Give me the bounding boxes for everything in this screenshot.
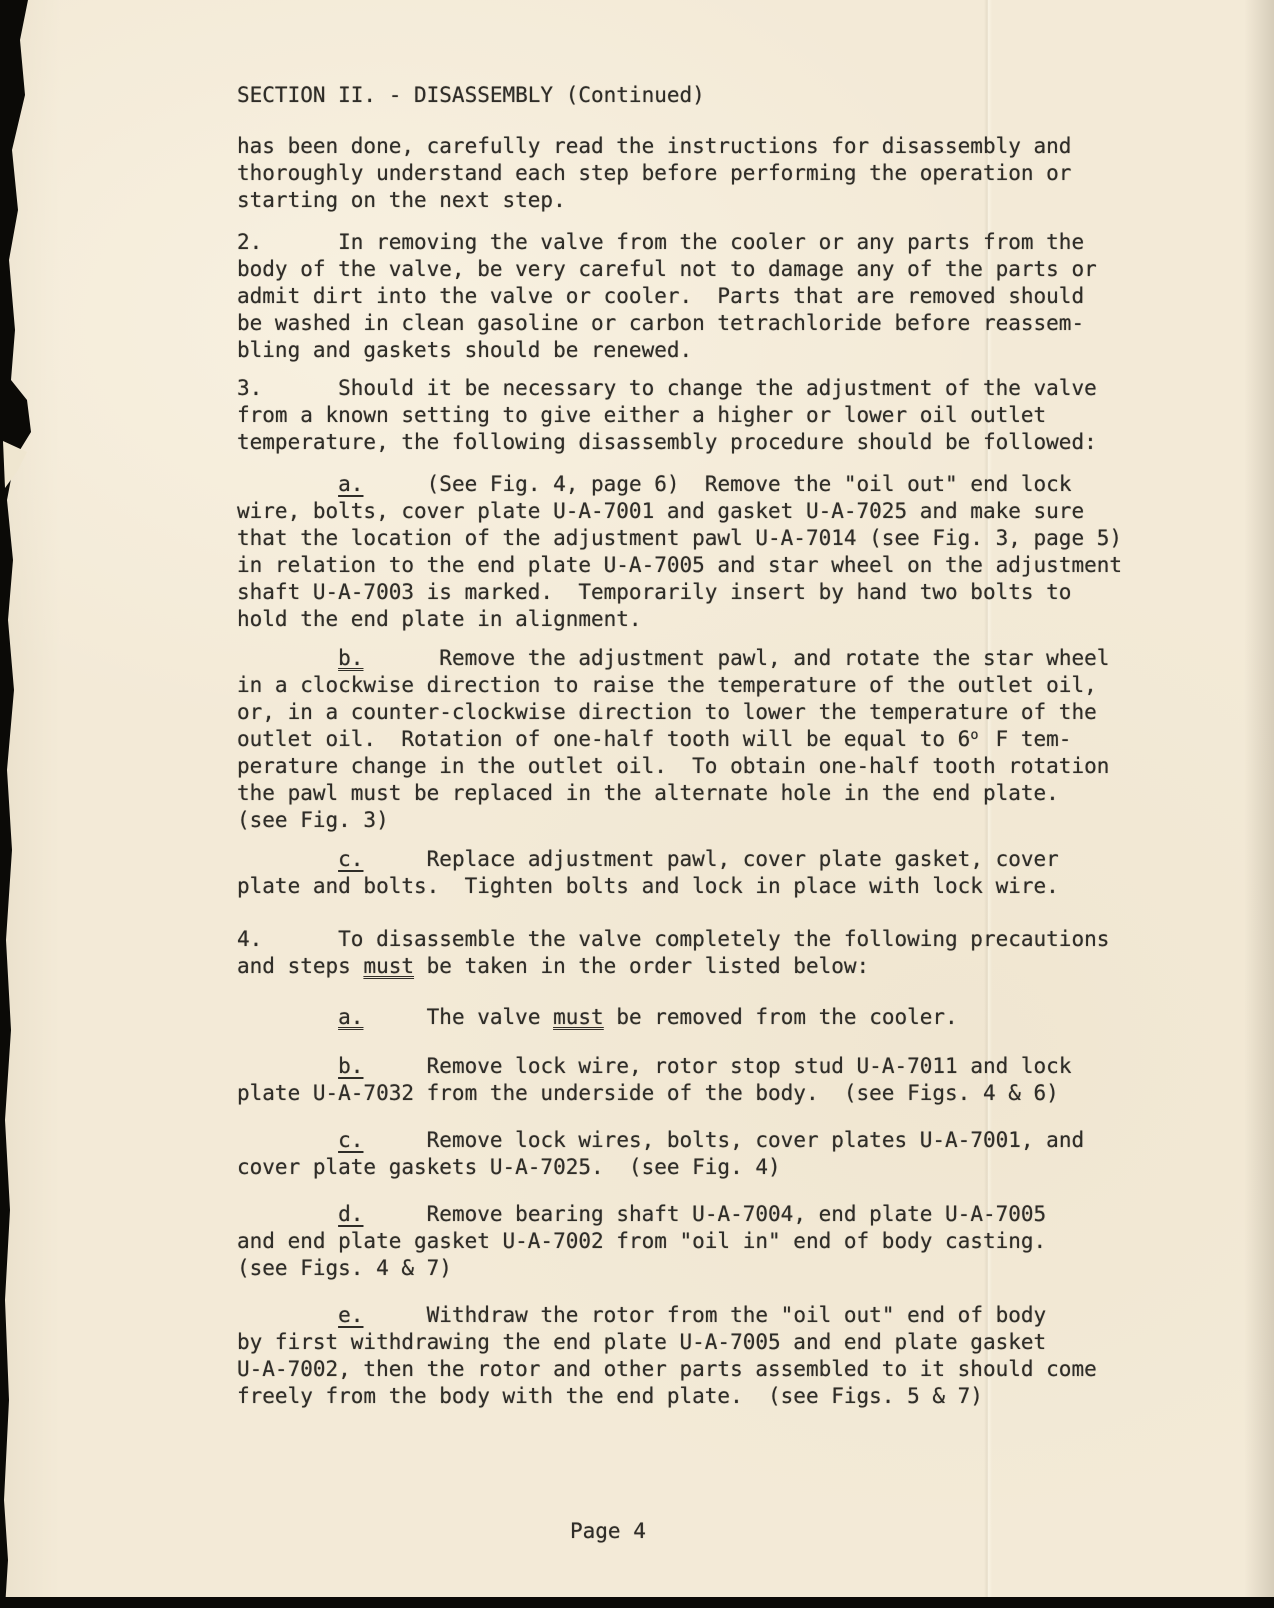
item-4e: e. Withdraw the rotor from the "oil out"…: [237, 1302, 1097, 1410]
emphasized-text: c.: [338, 847, 363, 871]
text-run: Replace adjustment pawl, cover plate gas…: [363, 847, 1058, 871]
text-line: perature change in the outlet oil. To ob…: [237, 753, 1109, 780]
text-run: [237, 1128, 338, 1152]
text-run: thoroughly understand each step before p…: [237, 161, 1071, 185]
text-run: starting on the next step.: [237, 188, 566, 212]
emphasized-text: must: [363, 954, 414, 978]
text-line: e. Withdraw the rotor from the "oil out"…: [237, 1302, 1097, 1329]
text-line: freely from the body with the end plate.…: [237, 1383, 1097, 1410]
text-line: thoroughly understand each step before p…: [237, 160, 1071, 187]
item-4a: a. The valve must be removed from the co…: [237, 1004, 958, 1031]
text-line: be washed in clean gasoline or carbon te…: [237, 310, 1097, 337]
item-4c: c. Remove lock wires, bolts, cover plate…: [237, 1127, 1084, 1181]
text-run: be removed from the cooler.: [604, 1005, 958, 1029]
text-run: perature change in the outlet oil. To ob…: [237, 754, 1109, 778]
text-run: [237, 847, 338, 871]
text-run: plate and bolts. Tighten bolts and lock …: [237, 874, 1059, 898]
emphasized-text: b.: [338, 646, 363, 670]
text-line: that the location of the adjustment pawl…: [237, 525, 1122, 552]
emphasized-text: o: [970, 722, 983, 749]
text-run: shaft U-A-7003 is marked. Temporarily in…: [237, 580, 1071, 604]
text-line: body of the valve, be very careful not t…: [237, 256, 1097, 283]
text-run: in relation to the end plate U-A-7005 an…: [237, 553, 1122, 577]
text-run: 2. In removing the valve from the cooler…: [237, 230, 1084, 254]
text-line: admit dirt into the valve or cooler. Par…: [237, 283, 1097, 310]
text-line: shaft U-A-7003 is marked. Temporarily in…: [237, 579, 1122, 606]
section-header: SECTION II. - DISASSEMBLY (Continued): [237, 82, 705, 109]
text-run: admit dirt into the valve or cooler. Par…: [237, 284, 1084, 308]
typewritten-text-layer: SECTION II. - DISASSEMBLY (Continued) ha…: [0, 0, 1274, 1608]
text-line: in a clockwise direction to raise the te…: [237, 672, 1109, 699]
text-run: 4. To disassemble the valve completely t…: [237, 927, 1109, 951]
text-run: body of the valve, be very careful not t…: [237, 257, 1097, 281]
text-run: Withdraw the rotor from the "oil out" en…: [363, 1303, 1046, 1327]
text-run: [237, 1202, 338, 1226]
item-4b: b. Remove lock wire, rotor stop stud U-A…: [237, 1053, 1071, 1107]
text-run: freely from the body with the end plate.…: [237, 1384, 983, 1408]
emphasized-text: c.: [338, 1128, 363, 1152]
text-line: U-A-7002, then the rotor and other parts…: [237, 1356, 1097, 1383]
text-run: The valve: [363, 1005, 553, 1029]
text-run: has been done, carefully read the instru…: [237, 134, 1071, 158]
text-run: [237, 646, 338, 670]
text-run: Remove lock wires, bolts, cover plates U…: [363, 1128, 1084, 1152]
text-line: the pawl must be replaced in the alterna…: [237, 780, 1109, 807]
text-line: b. Remove the adjustment pawl, and rotat…: [237, 645, 1109, 672]
text-line: by first withdrawing the end plate U-A-7…: [237, 1329, 1097, 1356]
item-3b: b. Remove the adjustment pawl, and rotat…: [237, 645, 1109, 834]
text-run: be taken in the order listed below:: [414, 954, 869, 978]
text-run: Remove lock wire, rotor stop stud U-A-70…: [363, 1054, 1071, 1078]
text-line: wire, bolts, cover plate U-A-7001 and ga…: [237, 498, 1122, 525]
text-line: d. Remove bearing shaft U-A-7004, end pl…: [237, 1201, 1046, 1228]
text-line: (see Fig. 3): [237, 807, 1109, 834]
text-run: by first withdrawing the end plate U-A-7…: [237, 1330, 1046, 1354]
text-line: 3. Should it be necessary to change the …: [237, 375, 1097, 402]
intro-continued: has been done, carefully read the instru…: [237, 133, 1071, 214]
text-run: outlet oil. Rotation of one-half tooth w…: [237, 727, 970, 751]
text-run: [237, 1303, 338, 1327]
text-run: that the location of the adjustment pawl…: [237, 526, 1122, 550]
item-3: 3. Should it be necessary to change the …: [237, 375, 1097, 456]
text-run: the pawl must be replaced in the alterna…: [237, 781, 1059, 805]
text-line: and steps must be taken in the order lis…: [237, 953, 1109, 980]
emphasized-text: d.: [338, 1202, 363, 1226]
emphasized-text: e.: [338, 1303, 363, 1327]
text-line: has been done, carefully read the instru…: [237, 133, 1071, 160]
text-run: and end plate gasket U-A-7002 from "oil …: [237, 1229, 1046, 1253]
emphasized-text: must: [553, 1005, 604, 1029]
item-3c: c. Replace adjustment pawl, cover plate …: [237, 846, 1059, 900]
text-run: from a known setting to give either a hi…: [237, 403, 1046, 427]
emphasized-text: a.: [338, 472, 363, 496]
scanned-page: SECTION II. - DISASSEMBLY (Continued) ha…: [0, 0, 1274, 1608]
text-line: plate and bolts. Tighten bolts and lock …: [237, 873, 1059, 900]
text-line: c. Remove lock wires, bolts, cover plate…: [237, 1127, 1084, 1154]
text-line: a. The valve must be removed from the co…: [237, 1004, 958, 1031]
text-line: temperature, the following disassembly p…: [237, 429, 1097, 456]
text-run: [237, 472, 338, 496]
text-run: 3. Should it be necessary to change the …: [237, 376, 1097, 400]
item-3a: a. (See Fig. 4, page 6) Remove the "oil …: [237, 471, 1122, 633]
text-run: plate U-A-7032 from the underside of the…: [237, 1081, 1059, 1105]
text-line: plate U-A-7032 from the underside of the…: [237, 1080, 1071, 1107]
text-line: (see Figs. 4 & 7): [237, 1255, 1046, 1282]
text-line: bling and gaskets should be renewed.: [237, 337, 1097, 364]
text-line: cover plate gaskets U-A-7025. (see Fig. …: [237, 1154, 1084, 1181]
page-number: Page 4: [570, 1518, 646, 1545]
scan-edge-bottom: [0, 1597, 1274, 1608]
text-run: in a clockwise direction to raise the te…: [237, 673, 1097, 697]
text-line: in relation to the end plate U-A-7005 an…: [237, 552, 1122, 579]
text-line: b. Remove lock wire, rotor stop stud U-A…: [237, 1053, 1071, 1080]
text-run: (see Figs. 4 & 7): [237, 1256, 452, 1280]
text-run: (see Fig. 3): [237, 808, 389, 832]
text-run: bling and gaskets should be renewed.: [237, 338, 692, 362]
text-run: U-A-7002, then the rotor and other parts…: [237, 1357, 1097, 1381]
text-line: c. Replace adjustment pawl, cover plate …: [237, 846, 1059, 873]
text-run: be washed in clean gasoline or carbon te…: [237, 311, 1084, 335]
text-run: (See Fig. 4, page 6) Remove the "oil out…: [363, 472, 1071, 496]
text-line: starting on the next step.: [237, 187, 1071, 214]
text-run: temperature, the following disassembly p…: [237, 430, 1097, 454]
item-2: 2. In removing the valve from the cooler…: [237, 229, 1097, 364]
text-run: or, in a counter-clockwise direction to …: [237, 700, 1097, 724]
text-line: 4. To disassemble the valve completely t…: [237, 926, 1109, 953]
text-line: hold the end plate in alignment.: [237, 606, 1122, 633]
text-line: a. (See Fig. 4, page 6) Remove the "oil …: [237, 471, 1122, 498]
emphasized-text: b.: [338, 1054, 363, 1078]
text-line: 2. In removing the valve from the cooler…: [237, 229, 1097, 256]
item-4d: d. Remove bearing shaft U-A-7004, end pl…: [237, 1201, 1046, 1282]
text-run: Remove the adjustment pawl, and rotate t…: [363, 646, 1109, 670]
item-4: 4. To disassemble the valve completely t…: [237, 926, 1109, 980]
text-run: wire, bolts, cover plate U-A-7001 and ga…: [237, 499, 1084, 523]
text-run: cover plate gaskets U-A-7025. (see Fig. …: [237, 1155, 781, 1179]
emphasized-text: a.: [338, 1005, 363, 1029]
text-run: Remove bearing shaft U-A-7004, end plate…: [363, 1202, 1046, 1226]
text-run: F tem-: [983, 727, 1072, 751]
text-run: and steps: [237, 954, 363, 978]
text-line: and end plate gasket U-A-7002 from "oil …: [237, 1228, 1046, 1255]
text-line: outlet oil. Rotation of one-half tooth w…: [237, 726, 1109, 753]
text-run: hold the end plate in alignment.: [237, 607, 642, 631]
text-run: [237, 1005, 338, 1029]
text-run: [237, 1054, 338, 1078]
text-line: from a known setting to give either a hi…: [237, 402, 1097, 429]
